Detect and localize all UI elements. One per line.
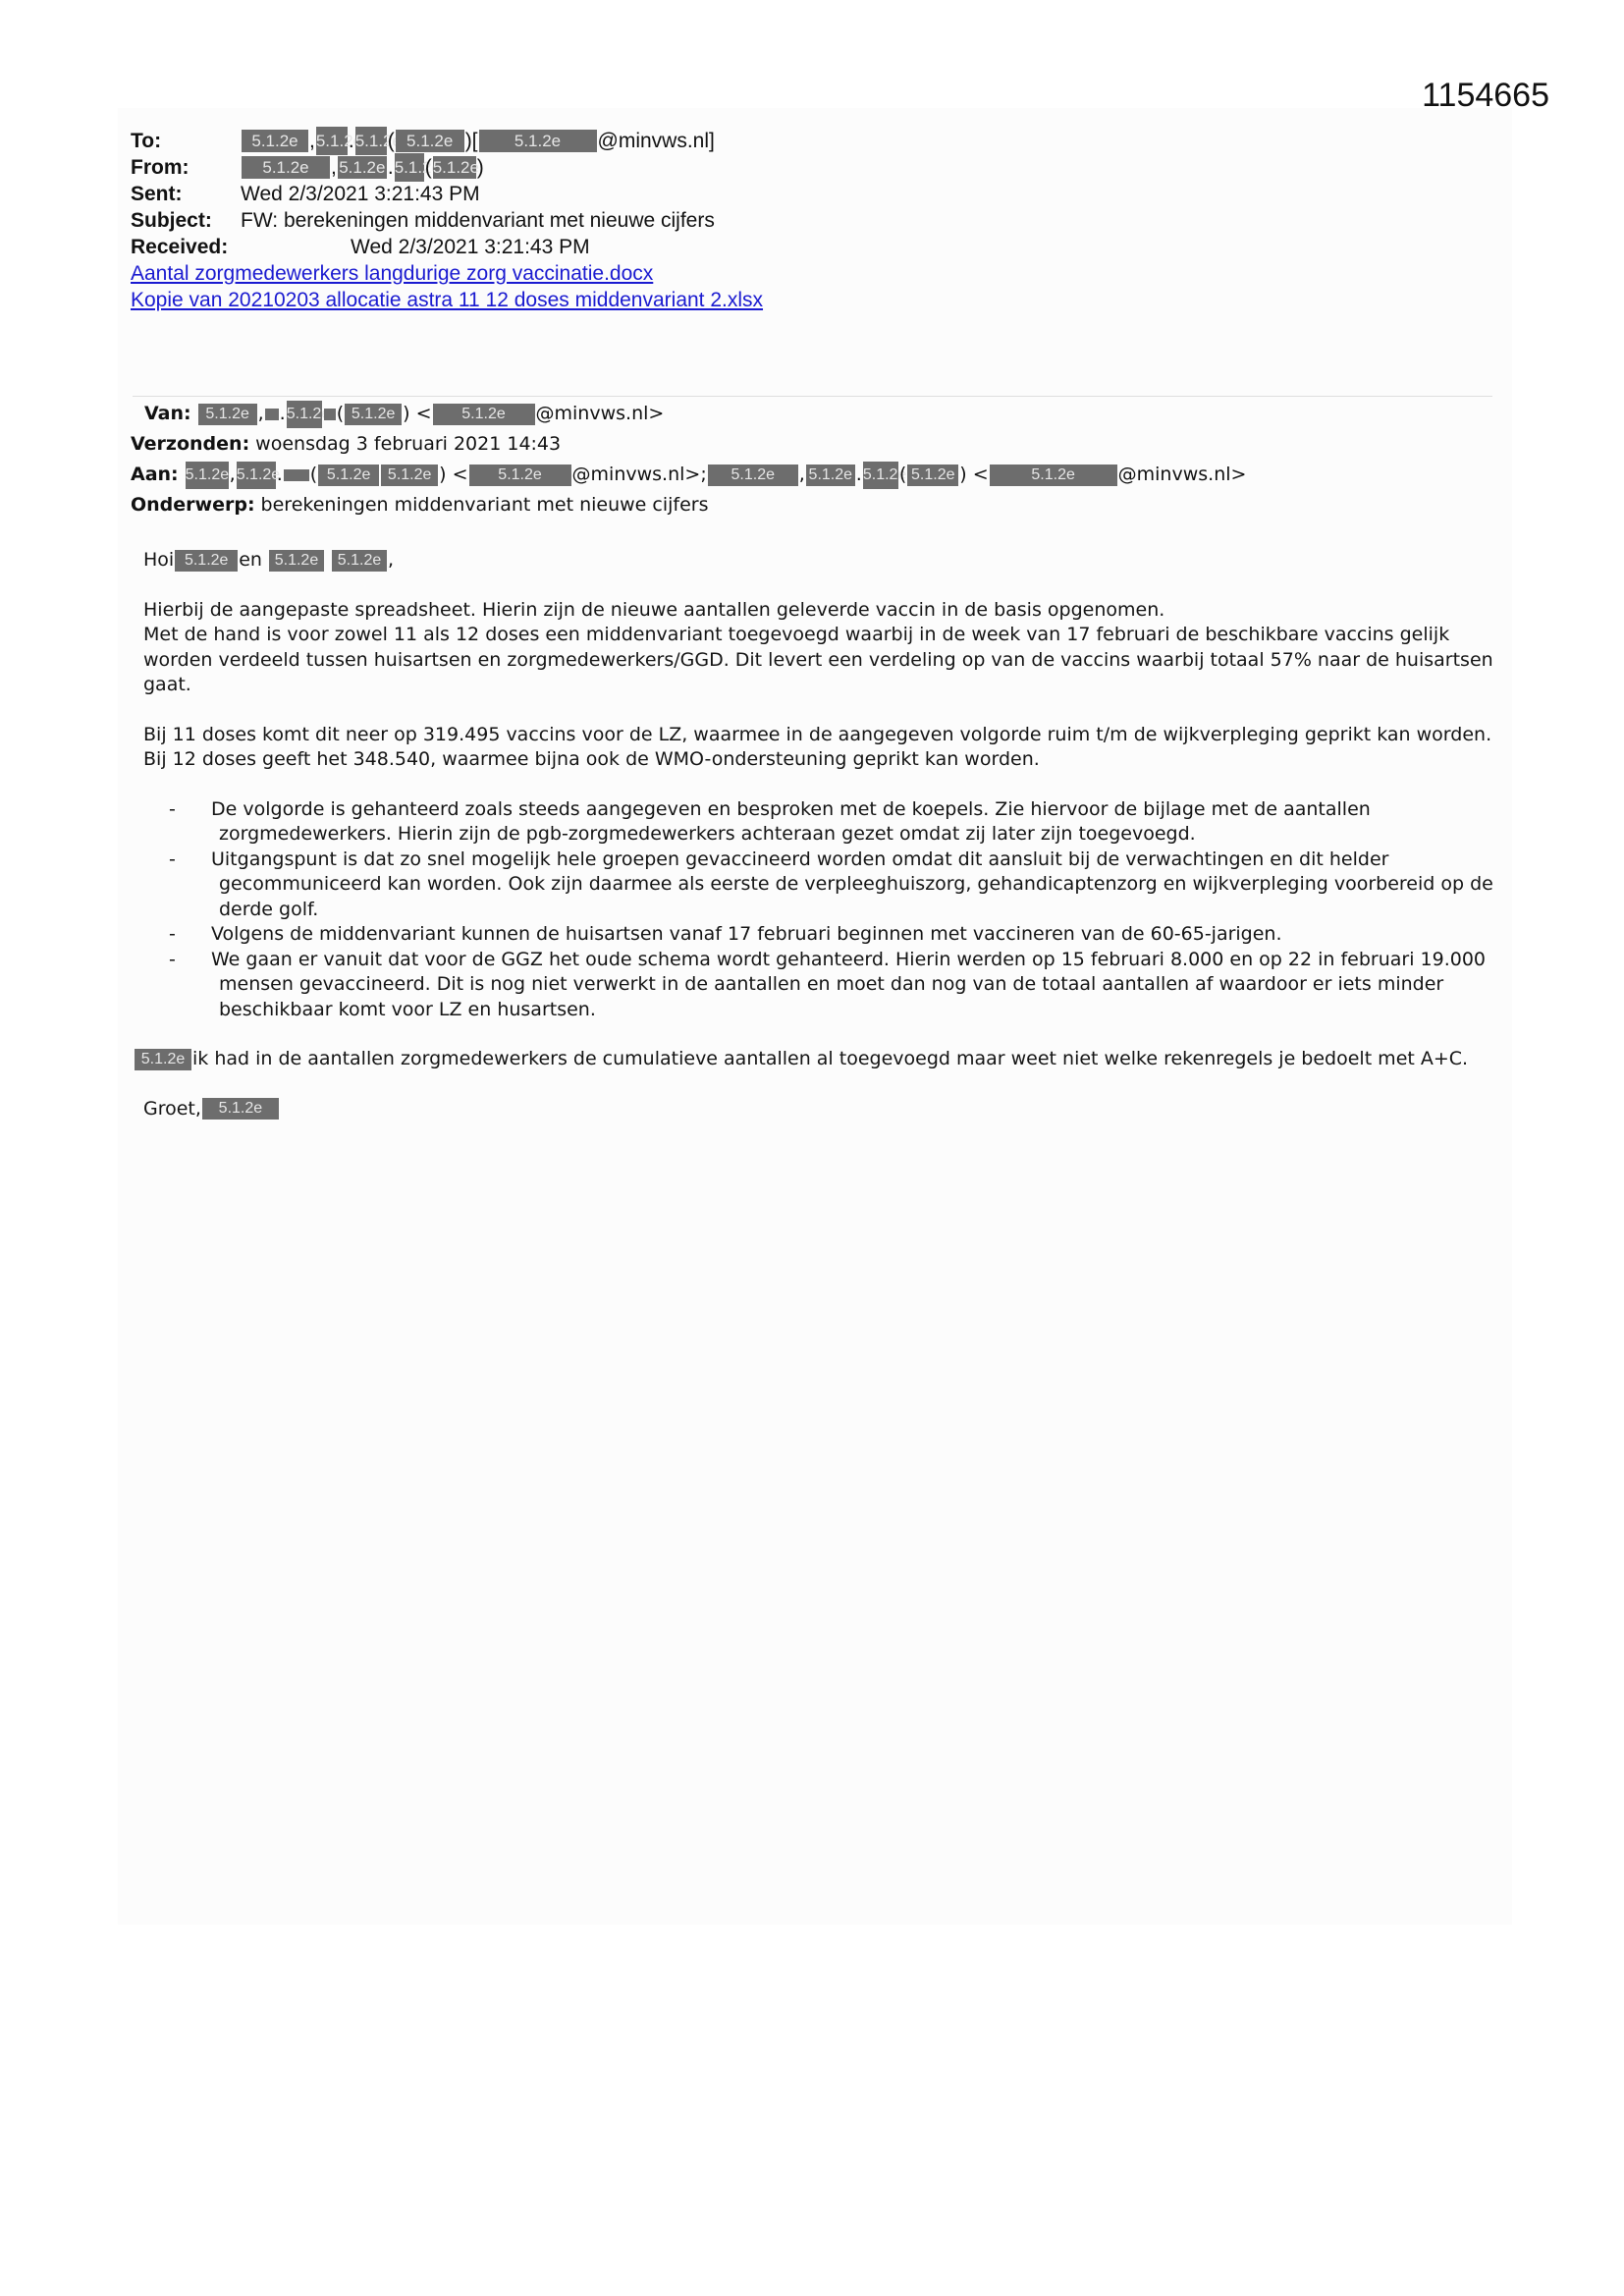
subject-row: Subject: FW: berekeningen middenvariant … — [131, 207, 763, 234]
bullet-dash: - — [169, 847, 176, 873]
redaction: 5.1.2e — [332, 550, 387, 572]
redaction: 5.1.2e — [395, 153, 424, 182]
list-item-text: De volgorde is gehanteerd zoals steeds a… — [211, 798, 1371, 846]
redaction: 5.1.2e — [287, 401, 322, 428]
redaction: 5.1.2e — [269, 550, 324, 572]
onderwerp-row: Onderwerp: berekeningen middenvariant me… — [131, 490, 1246, 520]
redaction — [284, 469, 309, 481]
redaction: 5.1.2e — [242, 130, 308, 152]
paragraph-2-line-2: Bij 12 doses geeft het 348.540, waarmee … — [143, 748, 1040, 770]
greeting-en: en — [239, 549, 262, 571]
outer-email-header: To: 5.1.2e, 5.1.2e. 5.1.2e (5.1.2e)[5.1.… — [131, 128, 763, 313]
aan-row: Aan: 5.1.2e, 5.1.2e. (5.1.2e 5.1.2e) < 5… — [131, 460, 1246, 490]
attachment-link-docx[interactable]: Aantal zorgmedewerkers langdurige zorg v… — [131, 260, 763, 287]
closing: Groet,5.1.2e — [143, 1097, 1498, 1122]
document-number: 1154665 — [1422, 77, 1549, 115]
redaction: 5.1.2e — [806, 465, 855, 486]
paragraph-1-line-1: Hierbij de aangepaste spreadsheet. Hieri… — [143, 599, 1164, 621]
bullet-dash: - — [169, 922, 176, 948]
onderwerp-label: Onderwerp: — [131, 490, 255, 520]
paragraph-3: 5.1.2eik had in de aantallen zorgmedewer… — [134, 1047, 1498, 1072]
redaction: 5.1.2e — [175, 550, 238, 572]
paragraph-1-line-2: Met de hand is voor zowel 11 als 12 dose… — [143, 624, 1493, 695]
aan-email-suffix-1: @minvws.nl>; — [572, 460, 707, 490]
list-item: -De volgorde is gehanteerd zoals steeds … — [175, 797, 1498, 847]
redaction: 5.1.2e — [355, 127, 387, 155]
redaction: 5.1.2e — [242, 156, 330, 179]
onderwerp-value: berekeningen middenvariant met nieuwe ci… — [261, 490, 709, 520]
list-item: -Volgens de middenvariant kunnen de huis… — [175, 922, 1498, 948]
redaction: 5.1.2e — [990, 465, 1117, 486]
greeting-hoi: Hoi — [143, 549, 174, 571]
list-item: -Uitgangspunt is dat zo snel mogelijk he… — [175, 847, 1498, 923]
aan-label: Aan: — [131, 460, 179, 490]
header-divider — [133, 396, 1492, 397]
redaction: 5.1.2e — [198, 404, 257, 425]
redaction: 5.1.2e — [237, 462, 276, 489]
attachment-link-xlsx[interactable]: Kopie van 20210203 allocatie astra 11 12… — [131, 287, 763, 313]
aan-email-suffix-2: @minvws.nl> — [1118, 460, 1247, 490]
sent-value: Wed 2/3/2021 3:21:43 PM — [241, 181, 480, 207]
email-body: Hoi5.1.2een 5.1.2e 5.1.2e, Hierbij de aa… — [143, 548, 1498, 1146]
sent-label: Sent: — [131, 181, 241, 207]
paragraph-2: Bij 11 doses komt dit neer op 319.495 va… — [143, 723, 1498, 773]
paragraph-1: Hierbij de aangepaste spreadsheet. Hieri… — [143, 598, 1498, 698]
paragraph-3-text: ik had in de aantallen zorgmedewerkers d… — [192, 1048, 1468, 1069]
redaction: 5.1.2e — [396, 130, 464, 152]
van-row: Van: 5.1.2e, . 5.1.2e (5.1.2e) < 5.1.2e@… — [131, 399, 1246, 429]
redaction: 5.1.2e — [338, 156, 387, 179]
van-label: Van: — [144, 399, 191, 429]
received-label: Received: — [131, 234, 351, 260]
paragraph-2-line-1: Bij 11 doses komt dit neer op 319.495 va… — [143, 724, 1491, 745]
list-item: -We gaan er vanuit dat voor de GGZ het o… — [175, 948, 1498, 1023]
verzonden-row: Verzonden: woensdag 3 februari 2021 14:4… — [131, 429, 1246, 460]
to-label: To: — [131, 128, 241, 154]
redaction — [324, 409, 336, 420]
bullet-dash: - — [169, 797, 176, 823]
subject-label: Subject: — [131, 207, 241, 234]
from-label: From: — [131, 154, 241, 181]
redaction: 5.1.2e — [202, 1098, 279, 1120]
greeting: Hoi5.1.2een 5.1.2e 5.1.2e, — [143, 548, 1498, 574]
list-item-text: Volgens de middenvariant kunnen de huisa… — [211, 923, 1282, 945]
sent-row: Sent: Wed 2/3/2021 3:21:43 PM — [131, 181, 763, 207]
redaction: 5.1.2e — [907, 465, 958, 486]
received-row: Received: Wed 2/3/2021 3:21:43 PM — [131, 234, 763, 260]
redaction: 5.1.2e — [433, 404, 535, 425]
list-item-text: We gaan er vanuit dat voor de GGZ het ou… — [211, 949, 1486, 1020]
redaction: 5.1.2e — [316, 127, 348, 155]
to-row: To: 5.1.2e, 5.1.2e. 5.1.2e (5.1.2e)[5.1.… — [131, 128, 763, 154]
verzonden-value: woensdag 3 februari 2021 14:43 — [255, 429, 561, 460]
redaction: 5.1.2e — [135, 1049, 191, 1070]
redaction: 5.1.2e — [469, 465, 571, 486]
to-email-suffix: @minvws.nl] — [598, 128, 715, 154]
redaction: 5.1.2e — [318, 465, 379, 486]
redaction: 5.1.2e — [708, 465, 798, 486]
van-email-suffix: @minvws.nl> — [536, 399, 665, 429]
list-item-text: Uitgangspunt is dat zo snel mogelijk hel… — [211, 848, 1493, 920]
redaction: 5.1.2e — [345, 404, 402, 425]
redaction: 5.1.2e — [433, 156, 476, 179]
closing-text: Groet, — [143, 1098, 201, 1120]
bullet-dash: - — [169, 948, 176, 973]
redaction: 5.1.2e — [381, 465, 438, 486]
redaction: 5.1.2e — [186, 462, 229, 489]
received-value: Wed 2/3/2021 3:21:43 PM — [351, 234, 590, 260]
redaction: 5.1.2e — [863, 462, 898, 489]
redaction — [265, 409, 279, 420]
inner-email-header: Van: 5.1.2e, . 5.1.2e (5.1.2e) < 5.1.2e@… — [131, 399, 1246, 520]
from-row: From: 5.1.2e, 5.1.2e. 5.1.2e (5.1.2e) — [131, 154, 763, 181]
verzonden-label: Verzonden: — [131, 429, 249, 460]
redaction: 5.1.2e — [479, 130, 597, 152]
subject-value: FW: berekeningen middenvariant met nieuw… — [241, 207, 715, 234]
bullet-list: -De volgorde is gehanteerd zoals steeds … — [143, 797, 1498, 1023]
